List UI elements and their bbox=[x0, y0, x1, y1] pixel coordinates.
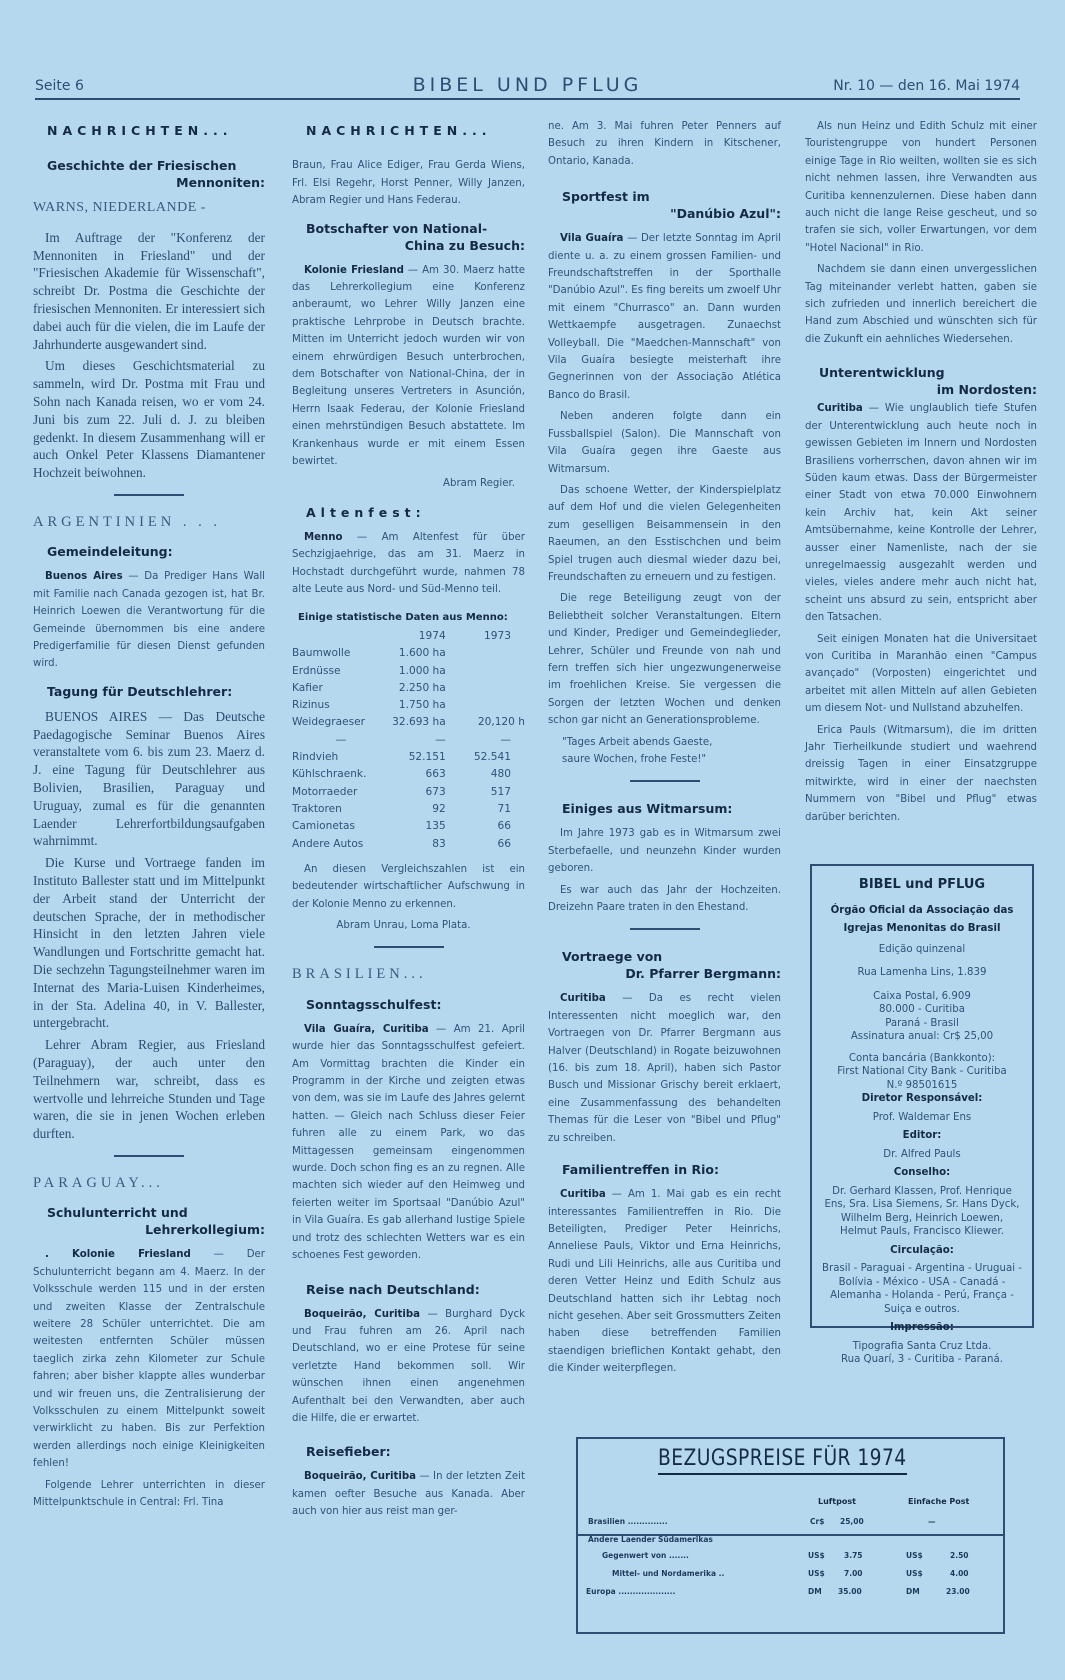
article-paragraph: . Kolonie Friesland — Der Schulunterrich… bbox=[33, 1246, 265, 1472]
article-heading-botschafter: Botschafter von National-China zu Besuch… bbox=[306, 220, 525, 254]
imprint-director: Prof. Waldemar Ens bbox=[812, 1111, 1032, 1125]
article-paragraph: Als nun Heinz und Edith Schulz mit einer… bbox=[805, 118, 1037, 257]
table-row: Kühlschraenk.663480 bbox=[292, 766, 525, 783]
article-paragraph: Curitiba — Da es recht vielen Interessen… bbox=[548, 990, 781, 1147]
imprint-circulation: Brasil - Paraguai - Argentina - Uruguai … bbox=[812, 1262, 1032, 1316]
imprint-printer: Tipografia Santa Cruz Ltda. bbox=[812, 1340, 1032, 1354]
article-heading-sportfest: Sportfest im"Danúbio Azul": bbox=[562, 188, 781, 222]
article-paragraph: Im Auftrage der "Konferenz der Mennonite… bbox=[33, 229, 265, 354]
article-paragraph: Vila Guaíra, Curitiba — Am 21. April wur… bbox=[292, 1021, 525, 1265]
imprint-edition: Edição quinzenal bbox=[812, 943, 1032, 957]
divider bbox=[374, 946, 444, 948]
dateline: WARNS, NIEDERLANDE - bbox=[33, 199, 265, 216]
article-paragraph: Menno — Am Altenfest für über Sechzigjae… bbox=[292, 529, 525, 599]
article-paragraph: Curitiba — Wie unglaublich tiefe Stufen … bbox=[805, 400, 1037, 626]
divider bbox=[114, 1155, 184, 1157]
article-paragraph: Um dieses Geschichtsmaterial zu sammeln,… bbox=[33, 357, 265, 482]
article-paragraph: BUENOS AIRES — Das Deutsche Paedagogisch… bbox=[33, 708, 265, 850]
table-row: Weidegraeser32.693 ha20,120 h bbox=[292, 714, 525, 731]
imprint-street: Rua Lamenha Lins, 1.839 bbox=[812, 966, 1032, 980]
table-row: Baumwolle1.600 ha bbox=[292, 645, 525, 662]
page-header: Seite 6 BIBEL UND PFLUG Nr. 10 — den 16.… bbox=[35, 74, 1020, 100]
article-paragraph: Im Jahre 1973 gab es in Witmarsum zwei S… bbox=[548, 825, 781, 877]
article-paragraph: An diesen Vergleichszahlen ist ein bedeu… bbox=[292, 861, 525, 913]
imprint-council: Dr. Gerhard Klassen, Prof. Henrique Ens,… bbox=[812, 1185, 1032, 1239]
article-paragraph: Curitiba — Am 1. Mai gab es ein recht in… bbox=[548, 1186, 781, 1377]
imprint-box: BIBEL und PFLUG Órgão Oficial da Associa… bbox=[810, 864, 1034, 1328]
article-paragraph: Erica Pauls (Witmarsum), die im dritten … bbox=[805, 722, 1037, 826]
article-paragraph: Die rege Beteiligung zeugt von der Belie… bbox=[548, 590, 781, 729]
imprint-bank: Conta bancária (Bankkonto): First Nation… bbox=[812, 1052, 1032, 1093]
imprint-title: BIBEL und PFLUG bbox=[812, 878, 1032, 892]
divider bbox=[630, 928, 700, 930]
price-row: Mittel- und Nordamerika .. US$ 7.00 US$ … bbox=[586, 1569, 986, 1587]
imprint-subscription: Assinatura anual: Cr$ 25,00 bbox=[812, 1030, 1032, 1044]
article-paragraph: Nachdem sie dann einen unvergesslichen T… bbox=[805, 261, 1037, 348]
imprint-council-label: Conselho: bbox=[812, 1166, 1032, 1180]
article-heading-vortraege: Vortraege vonDr. Pfarrer Bergmann: bbox=[562, 948, 781, 982]
article-heading-friesische-mennoniten: Geschichte der FriesischenMennoniten: bbox=[47, 157, 265, 191]
table-row: Kafier2.250 ha bbox=[292, 680, 525, 697]
article-heading-altenfest: Altenfest: bbox=[306, 504, 525, 521]
prices-title: BEZUGSPREISE FÜR 1974 bbox=[658, 1446, 907, 1475]
table-row: Traktoren9271 bbox=[292, 801, 525, 818]
imprint-printer-address: Rua Quarí, 3 - Curitiba - Paraná. bbox=[812, 1353, 1032, 1367]
issue-date: Nr. 10 — den 16. Mai 1974 bbox=[833, 78, 1020, 94]
price-row: Europa .................... DM 35.00 DM … bbox=[586, 1587, 986, 1605]
table-row: Erdnüsse1.000 ha bbox=[292, 663, 525, 680]
table-row: Rizinus1.750 ha bbox=[292, 697, 525, 714]
article-paragraph: Boqueirão, Curitiba — Burghard Dyck und … bbox=[292, 1306, 525, 1428]
article-heading-reisefieber: Reisefieber: bbox=[306, 1443, 525, 1460]
table-row: Andere Autos8366 bbox=[292, 836, 525, 853]
article-paragraph: Die Kurse und Vortraege fanden im Instit… bbox=[33, 854, 265, 1032]
imprint-print-label: Impressão: bbox=[812, 1321, 1032, 1335]
signature: Abram Unrau, Loma Plata. bbox=[292, 917, 515, 934]
column-1: NACHRICHTEN... Geschichte der Friesische… bbox=[33, 118, 265, 1515]
divider bbox=[630, 780, 700, 782]
region-heading-paraguay: PARAGUAY... bbox=[33, 1175, 265, 1192]
region-heading-argentinien: ARGENTINIEN . . . bbox=[33, 514, 265, 531]
divider bbox=[114, 494, 184, 496]
region-heading-brasilien: BRASILIEN... bbox=[292, 966, 525, 983]
table-row: Rindvieh52.15152.541 bbox=[292, 749, 525, 766]
imprint-address: Caixa Postal, 6.909 80.000 - Curitiba Pa… bbox=[812, 990, 1032, 1031]
section-kicker: NACHRICHTEN... bbox=[47, 122, 265, 139]
table-row: Camionetas13566 bbox=[292, 818, 525, 835]
table-row: Motorraeder673517 bbox=[292, 784, 525, 801]
article-paragraph: Es war auch das Jahr der Hochzeiten. Dre… bbox=[548, 882, 781, 917]
article-heading-witmarsum: Einiges aus Witmarsum: bbox=[562, 800, 781, 817]
article-heading-tagung: Tagung für Deutschlehrer: bbox=[47, 683, 265, 700]
prices-col-surface: Einfache Post bbox=[908, 1497, 969, 1506]
article-continuation: Braun, Frau Alice Ediger, Frau Gerda Wie… bbox=[292, 157, 525, 209]
article-paragraph: Vila Guaíra — Der letzte Sonntag im Apri… bbox=[548, 230, 781, 404]
quote: "Tages Arbeit abends Gaeste,saure Wochen… bbox=[548, 734, 781, 769]
article-heading-gemeindeleitung: Gemeindeleitung: bbox=[47, 543, 265, 560]
article-paragraph: Folgende Lehrer unterrichten in dieser M… bbox=[33, 1477, 265, 1512]
signature: Abram Regier. bbox=[292, 475, 515, 492]
article-heading-schulunterricht: Schulunterricht undLehrerkollegium: bbox=[47, 1204, 265, 1238]
column-4: Als nun Heinz und Edith Schulz mit einer… bbox=[805, 118, 1037, 830]
article-heading-familientreffen: Familientreffen in Rio: bbox=[562, 1161, 781, 1178]
stats-table: 19741973 Baumwolle1.600 ha Erdnüsse1.000… bbox=[292, 628, 525, 853]
article-heading-sonntagsschulfest: Sonntagsschulfest: bbox=[306, 996, 525, 1013]
column-3: ne. Am 3. Mai fuhren Peter Penners auf B… bbox=[548, 118, 781, 1382]
article-paragraph: Boqueirão, Curitiba — In der letzten Zei… bbox=[292, 1468, 525, 1520]
article-heading-reise: Reise nach Deutschland: bbox=[306, 1281, 525, 1298]
subscription-prices-box: BEZUGSPREISE FÜR 1974 Luftpost Einfache … bbox=[576, 1437, 1005, 1536]
article-paragraph: Seit einigen Monaten hat die Universitae… bbox=[805, 631, 1037, 718]
article-paragraph: Buenos Aires — Da Prediger Hans Wall mit… bbox=[33, 568, 265, 672]
stats-title: Einige statistische Daten aus Menno: bbox=[298, 609, 525, 626]
imprint-director-label: Diretor Responsável: bbox=[812, 1092, 1032, 1106]
imprint-org: Órgão Oficial da Associação das Igrejas … bbox=[812, 902, 1032, 938]
imprint-editor-label: Editor: bbox=[812, 1129, 1032, 1143]
prices-col-airmail: Luftpost bbox=[818, 1497, 856, 1506]
price-row: Gegenwert von ....... US$ 3.75 US$ 2.50 bbox=[586, 1551, 986, 1569]
article-heading-unterentwicklung: Unterentwicklungim Nordosten: bbox=[819, 364, 1037, 398]
column-2: NACHRICHTEN... Braun, Frau Alice Ediger,… bbox=[292, 118, 525, 1525]
price-rows-lower: Gegenwert von ....... US$ 3.75 US$ 2.50 … bbox=[586, 1551, 986, 1605]
article-paragraph: Das schoene Wetter, der Kinderspielplatz… bbox=[548, 482, 781, 586]
article-paragraph: Lehrer Abram Regier, aus Friesland (Para… bbox=[33, 1036, 265, 1143]
section-kicker: NACHRICHTEN... bbox=[306, 122, 525, 139]
article-continuation: ne. Am 3. Mai fuhren Peter Penners auf B… bbox=[548, 118, 781, 170]
imprint-editor: Dr. Alfred Pauls bbox=[812, 1148, 1032, 1162]
article-paragraph: Kolonie Friesland — Am 30. Maerz hatte d… bbox=[292, 262, 525, 471]
imprint-circulation-label: Circulação: bbox=[812, 1244, 1032, 1258]
article-paragraph: Neben anderen folgte dann ein Fussballsp… bbox=[548, 408, 781, 478]
